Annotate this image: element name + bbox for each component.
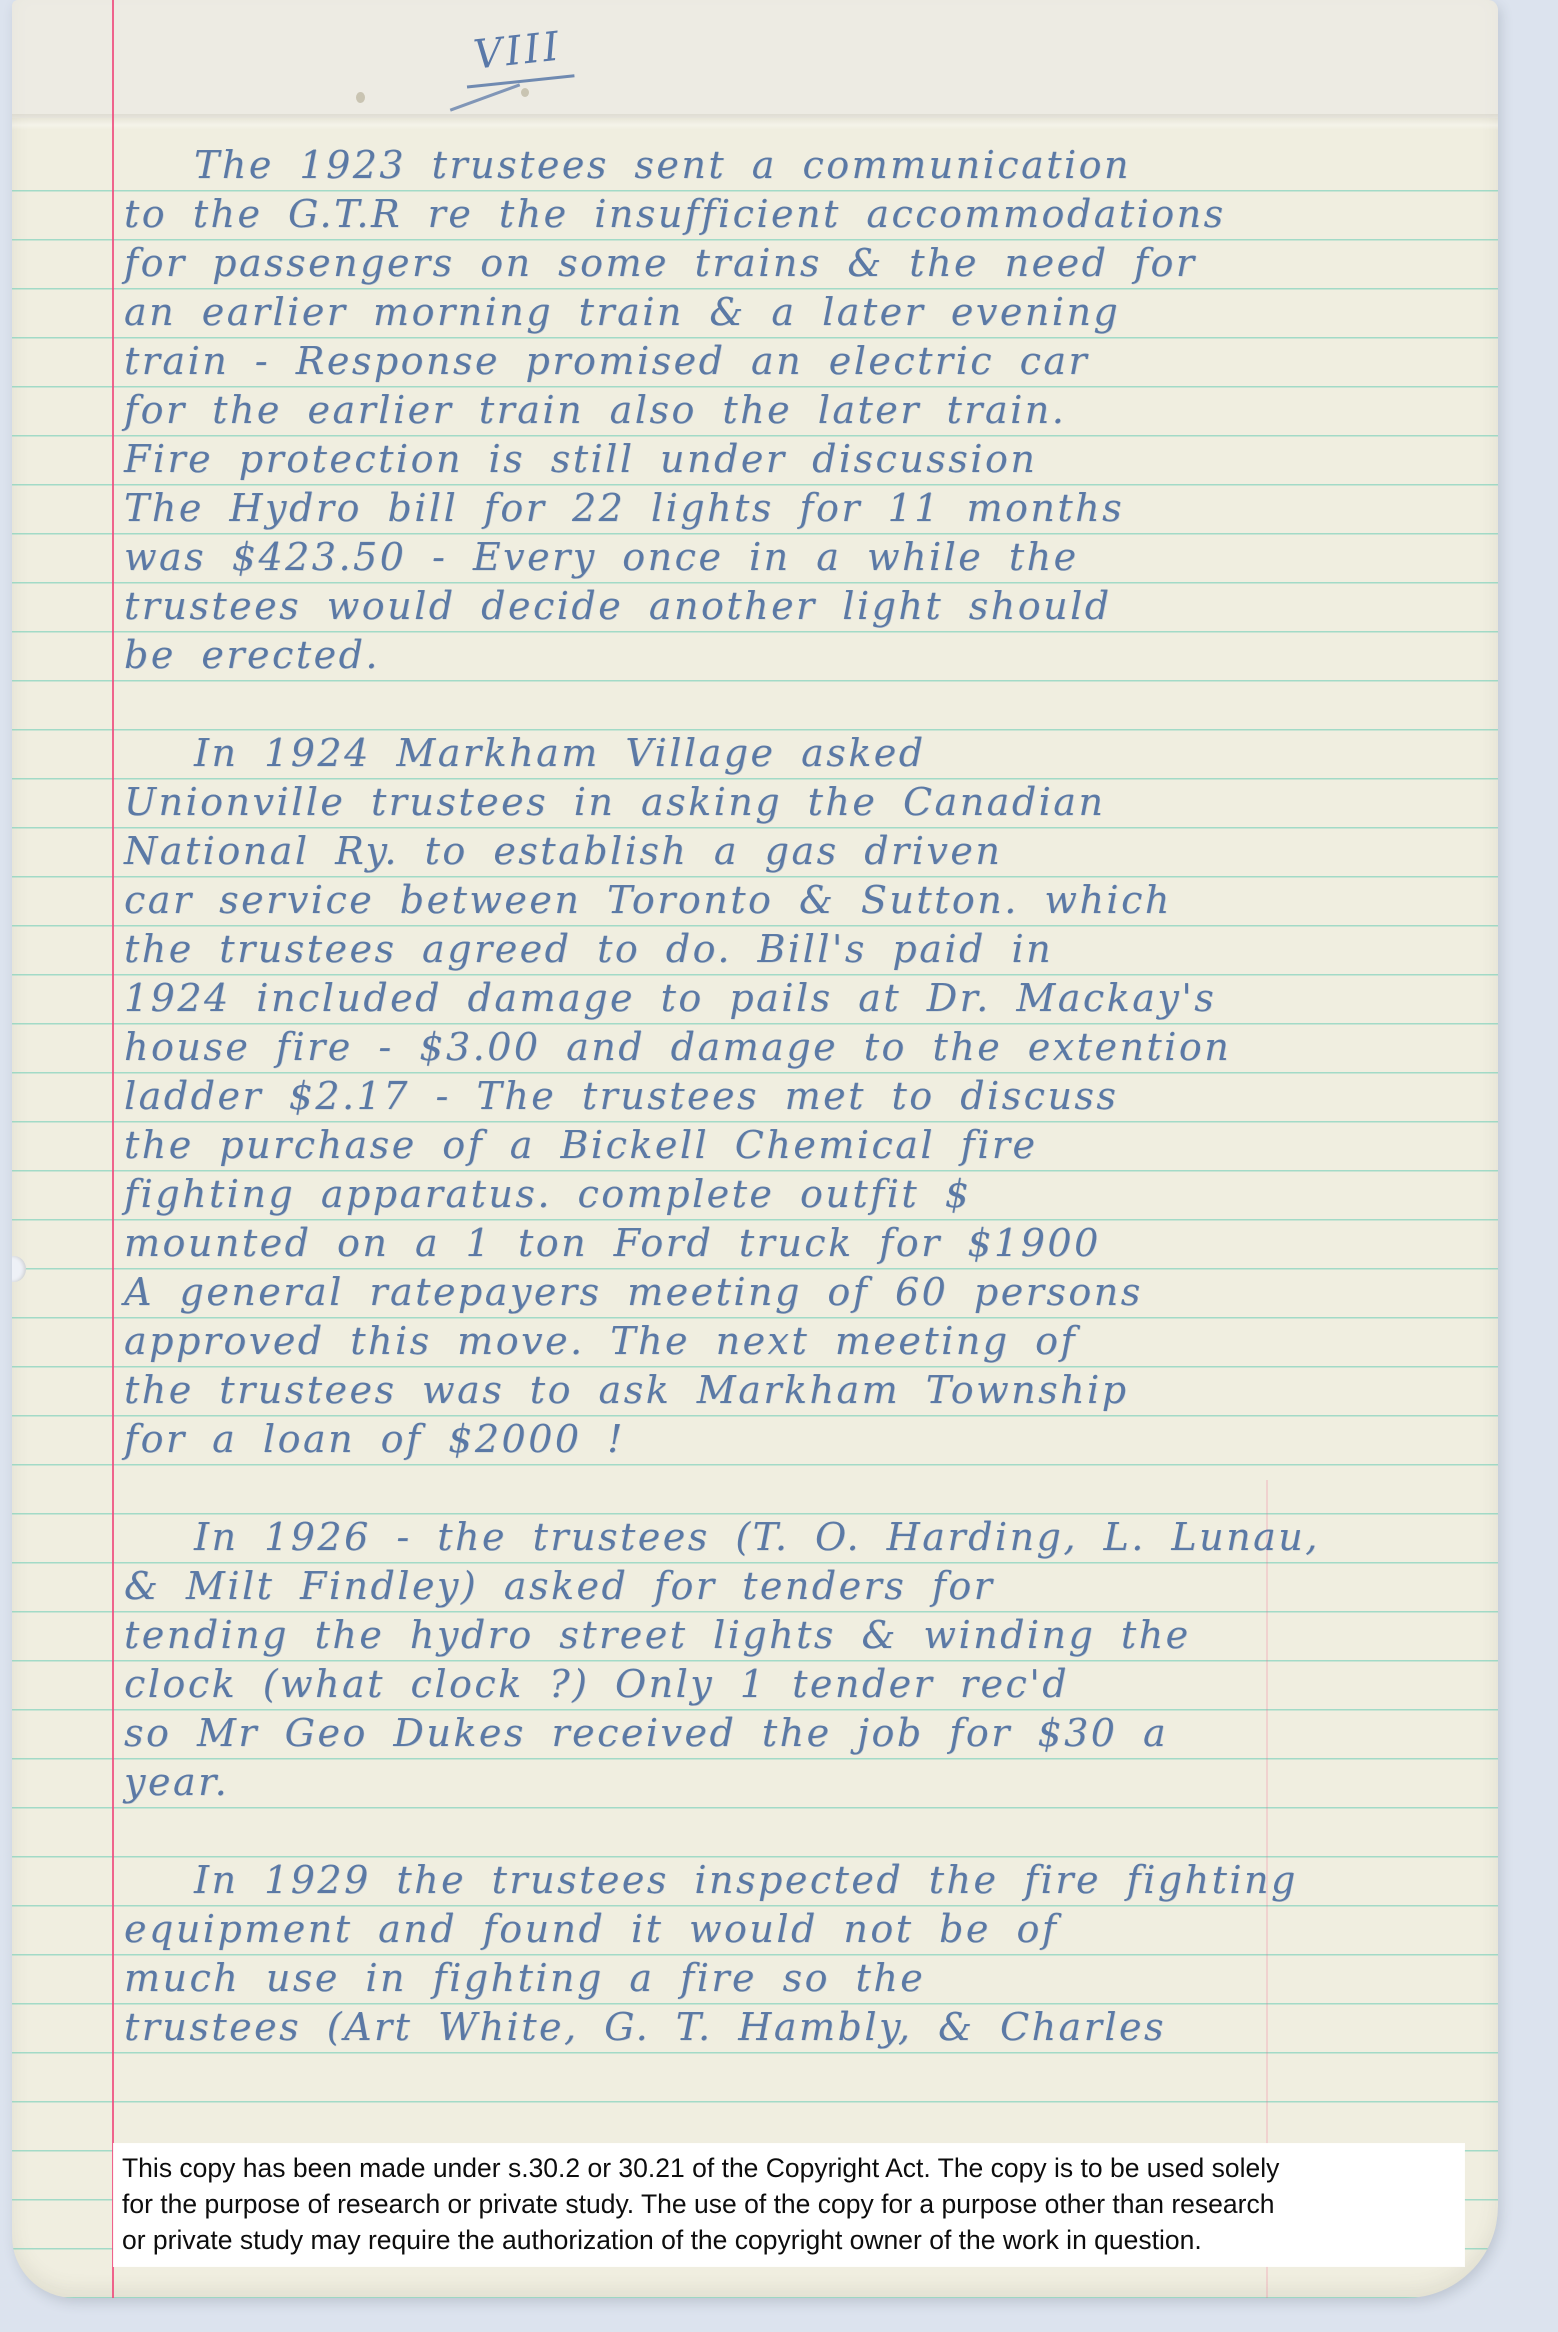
handwritten-line: the trustees agreed to do. Bill's paid i… (124, 925, 1489, 974)
handwritten-line: In 1926 - the trustees (T. O. Harding, L… (124, 1513, 1489, 1562)
paper-speck (521, 88, 529, 97)
paper-top-band (12, 0, 1498, 118)
handwritten-line: an earlier morning train & a later eveni… (124, 288, 1489, 337)
handwritten-line: the purchase of a Bickell Chemical fire (124, 1121, 1489, 1170)
handwritten-line: clock (what clock ?) Only 1 tender rec'd (124, 1660, 1489, 1709)
handwritten-line: approved this move. The next meeting of (124, 1317, 1489, 1366)
paragraph-1924: In 1924 Markham Village asked Unionville… (124, 729, 1489, 1464)
copyright-notice-line: This copy has been made under s.30.2 or … (122, 2150, 1458, 2186)
handwritten-line: be erected. (124, 631, 1489, 680)
handwritten-line: Unionville trustees in asking the Canadi… (124, 778, 1489, 827)
handwritten-line: to the G.T.R re the insufficient accommo… (124, 190, 1489, 239)
handwritten-line: In 1929 the trustees inspected the fire … (124, 1856, 1489, 1905)
handwritten-line: The Hydro bill for 22 lights for 11 mont… (124, 484, 1489, 533)
handwritten-line: year. (124, 1758, 1489, 1807)
handwritten-line: In 1924 Markham Village asked (124, 729, 1489, 778)
hole-punch-notch (12, 1256, 26, 1282)
handwritten-line: much use in fighting a fire so the (124, 1954, 1489, 2003)
handwritten-line: the trustees was to ask Markham Township (124, 1366, 1489, 1415)
paragraph-1926: In 1926 - the trustees (T. O. Harding, L… (124, 1513, 1489, 1807)
notebook-paper: VIII The 1923 trustees sent a communicat… (12, 0, 1498, 2298)
margin-line (112, 0, 114, 2298)
handwritten-line: mounted on a 1 ton Ford truck for $1900 (124, 1219, 1489, 1268)
scanned-page: VIII The 1923 trustees sent a communicat… (0, 0, 1558, 2332)
handwritten-line: trustees would decide another light shou… (124, 582, 1489, 631)
handwritten-line: for passengers on some trains & the need… (124, 239, 1489, 288)
paragraph-1923: The 1923 trustees sent a communication t… (124, 141, 1489, 680)
handwritten-line: car service between Toronto & Sutton. wh… (124, 876, 1489, 925)
page-number: VIII (461, 22, 574, 88)
handwritten-line: ladder $2.17 - The trustees met to discu… (124, 1072, 1489, 1121)
copyright-notice-line: for the purpose of research or private s… (122, 2186, 1458, 2222)
handwritten-line: so Mr Geo Dukes received the job for $30… (124, 1709, 1489, 1758)
handwritten-line: trustees (Art White, G. T. Hambly, & Cha… (124, 2003, 1489, 2052)
fold-crease (12, 114, 1498, 130)
handwritten-line: house fire - $3.00 and damage to the ext… (124, 1023, 1489, 1072)
handwritten-line: train - Response promised an electric ca… (124, 337, 1489, 386)
handwritten-line: tending the hydro street lights & windin… (124, 1611, 1489, 1660)
copyright-notice: This copy has been made under s.30.2 or … (114, 2144, 1464, 2266)
handwritten-line: for the earlier train also the later tra… (124, 386, 1489, 435)
copyright-notice-line: or private study may require the authori… (122, 2222, 1458, 2258)
paper-speck (356, 92, 365, 103)
handwritten-line: & Milt Findley) asked for tenders for (124, 1562, 1489, 1611)
handwritten-line: Fire protection is still under discussio… (124, 435, 1489, 484)
page-number-underline (450, 83, 521, 111)
handwritten-line: 1924 included damage to pails at Dr. Mac… (124, 974, 1489, 1023)
paragraph-1929: In 1929 the trustees inspected the fire … (124, 1856, 1489, 2052)
handwritten-line: fighting apparatus. complete outfit $ (124, 1170, 1489, 1219)
handwritten-line: equipment and found it would not be of (124, 1905, 1489, 1954)
handwritten-line: National Ry. to establish a gas driven (124, 827, 1489, 876)
handwritten-line: was $423.50 - Every once in a while the (124, 533, 1489, 582)
handwritten-line: for a loan of $2000 ! (124, 1415, 1489, 1464)
handwritten-line: A general ratepayers meeting of 60 perso… (124, 1268, 1489, 1317)
handwritten-line: The 1923 trustees sent a communication (124, 141, 1489, 190)
